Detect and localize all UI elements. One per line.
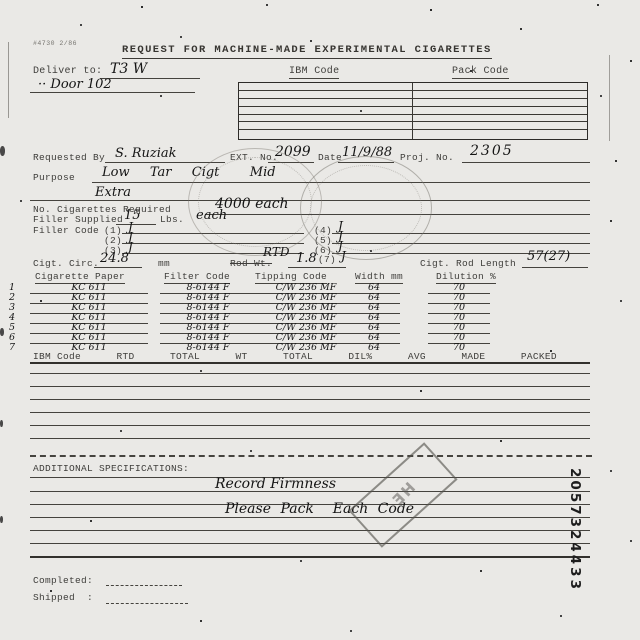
blank-rule: [100, 78, 200, 79]
shipped-blank: [106, 603, 188, 604]
blank-rule: [30, 543, 590, 544]
shipped-label: Shipped :: [33, 592, 93, 603]
filler-supplied-units: Lbs.: [160, 214, 184, 225]
footer-dil-pct: DIL%: [348, 351, 372, 362]
section-rule: [30, 362, 590, 364]
deliver-to-value: T3 W: [110, 61, 147, 77]
cigt-circ-label: Cigt. Circ.: [33, 258, 99, 269]
completed-label: Completed:: [33, 575, 93, 586]
code-table: [238, 82, 588, 140]
round-stamp: [300, 156, 432, 260]
footer-total-wt: TOTAL: [170, 351, 200, 362]
blank-rule: [522, 267, 588, 268]
filler-code-7-label: (7): [318, 254, 336, 265]
ibm-code-label: IBM Code: [289, 66, 339, 79]
scanned-form-page: #4730 2/86 REQUEST FOR MACHINE-MADE EXPE…: [0, 0, 640, 640]
proj-no-value: 2305: [470, 143, 514, 159]
footer-wt: WT: [235, 351, 247, 362]
footer-total-dil: TOTAL: [283, 351, 313, 362]
rod-length-label: Cigt. Rod Length: [420, 258, 516, 269]
purpose-value-2: Extra: [95, 185, 131, 200]
scan-blob: [0, 420, 3, 427]
rod-wt-label: Rod Wt.: [230, 258, 272, 269]
section-rule: [30, 556, 590, 558]
bates-number: 2057324433: [567, 450, 583, 610]
row-number: 7: [9, 342, 25, 353]
additional-specs-label: ADDITIONAL SPECIFICATIONS:: [33, 463, 189, 474]
pack-code-label: Pack Code: [452, 66, 509, 79]
deliver-to-door-value: ·· Door 102: [38, 77, 112, 92]
scan-noise: [0, 0, 2, 2]
scan-edge-line-left: [8, 42, 9, 118]
proj-no-label: Proj. No.: [400, 152, 454, 163]
requested-by-label: Requested By: [33, 152, 105, 163]
footer-avg: AVG: [408, 351, 426, 362]
requested-by-value: S. Ruziak: [115, 146, 177, 161]
filler-supplied-label: Filler Supplied: [33, 214, 123, 225]
blank-rule: [30, 517, 590, 518]
footer-ibm-code: IBM Code: [33, 351, 81, 362]
round-stamp-inner-ring: [198, 157, 312, 247]
additional-note-1: Record Firmness: [215, 476, 336, 492]
blank-rule: [462, 162, 590, 163]
scan-blob: [0, 146, 5, 156]
cigt-circ-value: 24.8: [100, 251, 129, 266]
blank-rule: [30, 399, 590, 400]
completed-blank: [106, 585, 182, 586]
purpose-label: Purpose: [33, 172, 75, 183]
blank-rule: [94, 267, 142, 268]
blank-rule: [30, 92, 195, 93]
dashed-divider: [30, 455, 592, 457]
blank-rule: [30, 386, 590, 387]
form-number: #4730 2/86: [33, 40, 77, 47]
blank-rule: [30, 530, 590, 531]
scan-blob: [0, 516, 3, 523]
form-title: REQUEST FOR MACHINE-MADE EXPERIMENTAL CI…: [122, 44, 492, 59]
cigt-circ-units: mm: [158, 258, 170, 269]
footer-rtd: RTD: [116, 351, 134, 362]
blank-rule: [30, 438, 590, 439]
blank-rule: [288, 267, 346, 268]
deliver-to-label: Deliver to:: [33, 66, 102, 77]
round-stamp-inner-ring: [310, 165, 422, 251]
blank-rule: [30, 425, 590, 426]
blank-rule: [30, 491, 590, 492]
blank-rule: [30, 412, 590, 413]
footer-packed: PACKED: [521, 351, 557, 362]
filler-code-label: Filler Code: [33, 225, 99, 236]
scan-edge-line-right: [609, 55, 610, 141]
rect-stamp: HE: [348, 442, 457, 547]
rod-length-value: 57(27): [527, 249, 570, 264]
code-table-divider: [412, 83, 413, 139]
blank-rule: [30, 373, 590, 374]
footer-made: MADE: [461, 351, 485, 362]
spec-table-footer: IBM Code RTD TOTAL WT TOTAL DIL% AVG MAD…: [33, 351, 557, 362]
rect-stamp-text: HE: [387, 479, 419, 511]
rod-value: 1.8: [296, 251, 317, 266]
